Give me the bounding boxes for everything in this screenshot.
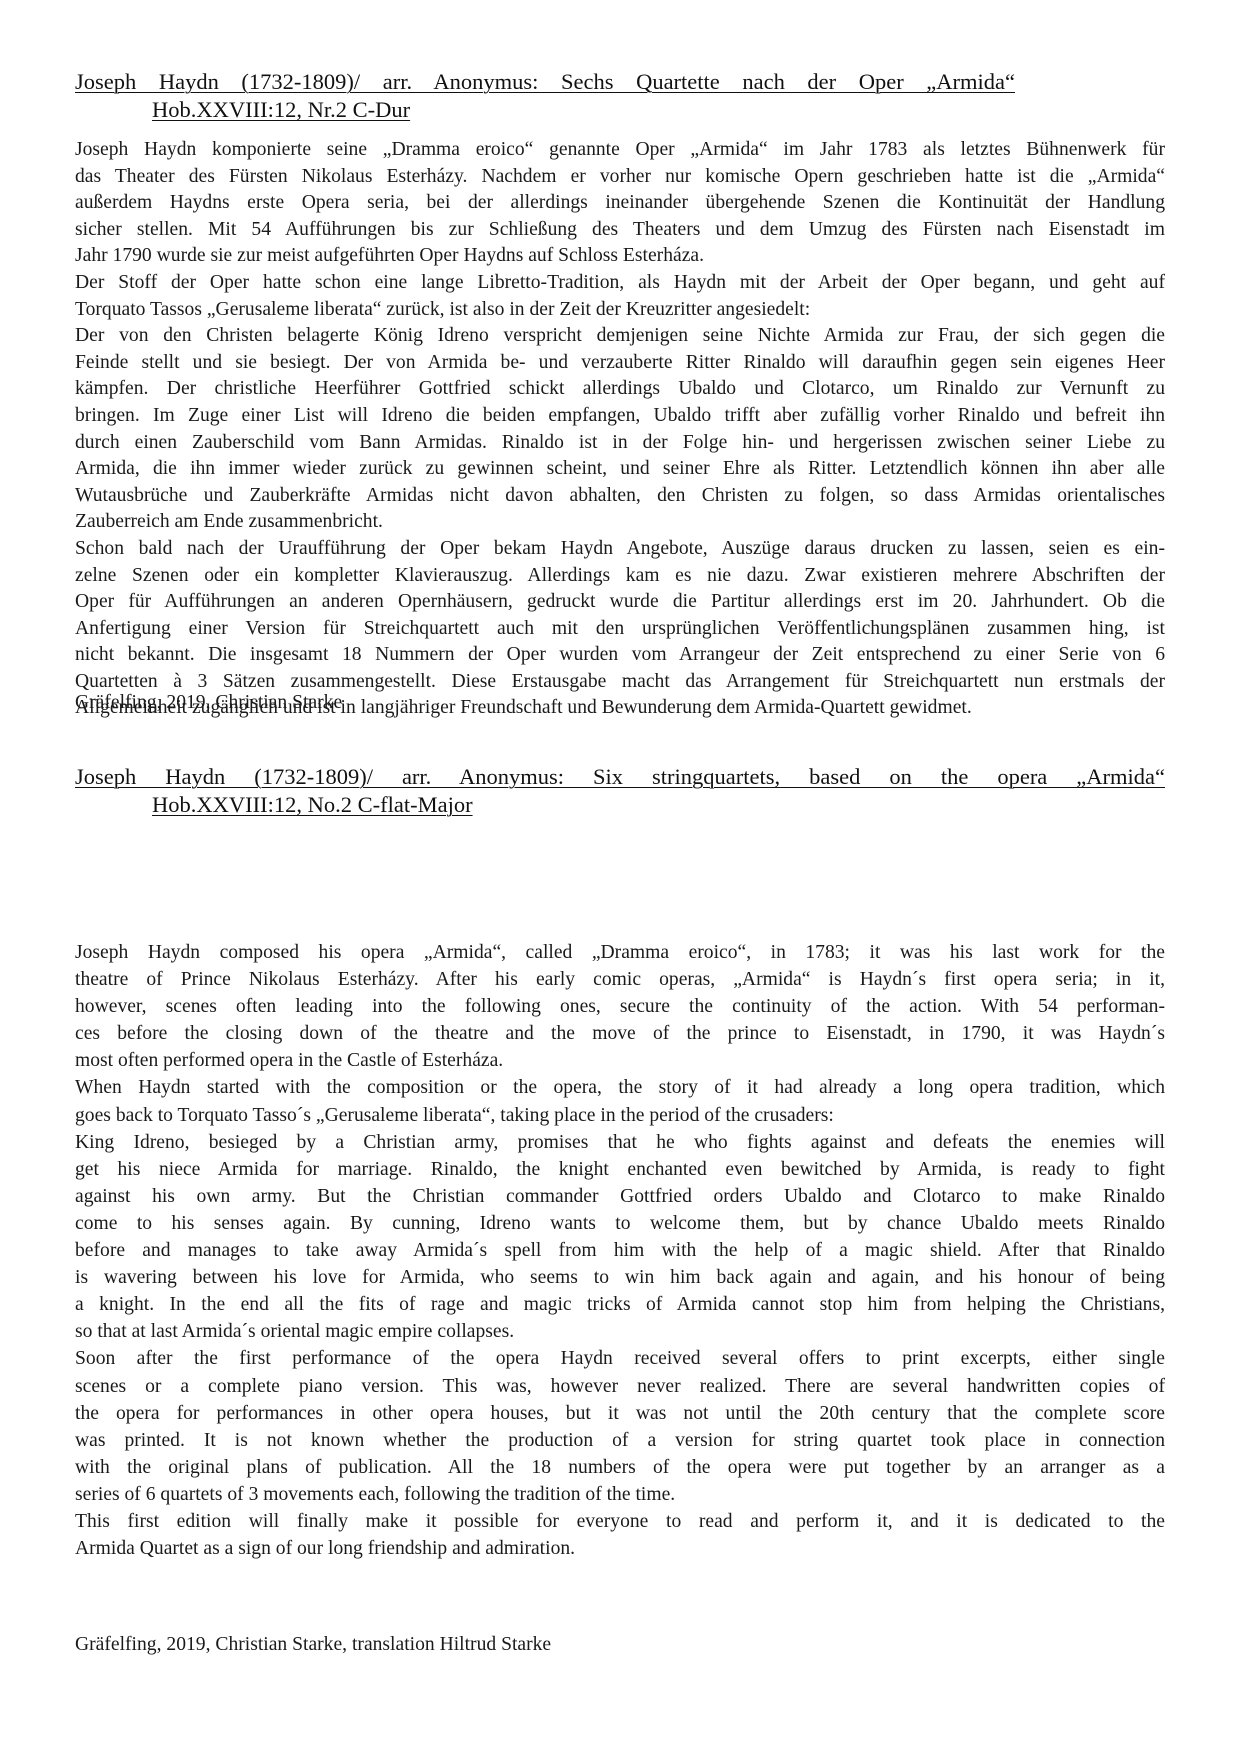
body-text-line: Armida, die ihn immer wieder zurück zu g… bbox=[75, 456, 1165, 483]
body-text-line: Joseph Haydn komponierte seine „Dramma e… bbox=[75, 137, 1165, 164]
body-text-line: Oper für Aufführungen an anderen Opernhä… bbox=[75, 589, 1165, 616]
body-text-line: Der von den Christen belagerte König Idr… bbox=[75, 323, 1165, 350]
body-text-line: get his niece Armida for marriage. Rinal… bbox=[75, 1156, 1165, 1183]
body-text-line: bringen. Im Zuge einer List will Idreno … bbox=[75, 403, 1165, 430]
body-text-line: When Haydn started with the composition … bbox=[75, 1074, 1165, 1101]
english-body: Joseph Haydn composed his opera „Armida“… bbox=[75, 939, 1165, 1562]
body-text-line: das Theater des Fürsten Nikolaus Esterhá… bbox=[75, 164, 1165, 191]
german-body: Joseph Haydn komponierte seine „Dramma e… bbox=[75, 137, 1165, 722]
body-text-line: a knight. In the end all the fits of rag… bbox=[75, 1291, 1165, 1318]
body-text-line: Torquato Tassos „Gerusaleme liberata“ zu… bbox=[75, 297, 1165, 324]
body-text-line: theatre of Prince Nikolaus Esterházy. Af… bbox=[75, 966, 1165, 993]
body-text-line: Soon after the first performance of the … bbox=[75, 1345, 1165, 1372]
german-heading: Joseph Haydn (1732-1809)/ arr. Anonymus:… bbox=[75, 68, 1165, 124]
body-text-line: Feinde stellt und sie besiegt. Der von A… bbox=[75, 350, 1165, 377]
body-text-line: ces before the closing down of the theat… bbox=[75, 1020, 1165, 1047]
body-text-line: scenes or a complete piano version. This… bbox=[75, 1373, 1165, 1400]
body-text-line: Armida Quartet as a sign of our long fri… bbox=[75, 1535, 1165, 1562]
body-text-line: come to his senses again. By cunning, Id… bbox=[75, 1210, 1165, 1237]
body-text-line: against his own army. But the Christian … bbox=[75, 1183, 1165, 1210]
body-text-line: durch einen Zauberschild vom Bann Armida… bbox=[75, 430, 1165, 457]
body-text-line: the opera for performances in other oper… bbox=[75, 1400, 1165, 1427]
body-text-line: was printed. It is not known whether the… bbox=[75, 1427, 1165, 1454]
body-text-line: goes back to Torquato Tasso´s „Gerusalem… bbox=[75, 1102, 1165, 1129]
body-text-line: series of 6 quartets of 3 movements each… bbox=[75, 1481, 1165, 1508]
german-heading-line-2: Hob.XXVIII:12, Nr.2 C-Dur bbox=[75, 96, 1165, 124]
body-text-line: kämpfen. Der christliche Heerführer Gott… bbox=[75, 376, 1165, 403]
body-text-line: Joseph Haydn composed his opera „Armida“… bbox=[75, 939, 1165, 966]
english-heading-line-2: Hob.XXVIII:12, No.2 C-flat-Major bbox=[75, 791, 1165, 819]
body-text-line: Zauberreich am Ende zusammenbricht. bbox=[75, 509, 1165, 536]
document-page: Joseph Haydn (1732-1809)/ arr. Anonymus:… bbox=[0, 0, 1240, 1754]
body-text-line: Der Stoff der Oper hatte schon eine lang… bbox=[75, 270, 1165, 297]
body-text-line: außerdem Haydns erste Opera seria, bei d… bbox=[75, 190, 1165, 217]
body-text-line: Anfertigung einer Version für Streichqua… bbox=[75, 616, 1165, 643]
body-text-line: Wutausbrüche und Zauberkräfte Armidas ni… bbox=[75, 483, 1165, 510]
body-text-line: is wavering between his love for Armida,… bbox=[75, 1264, 1165, 1291]
body-text-line: zelne Szenen oder ein kompletter Klavier… bbox=[75, 563, 1165, 590]
body-text-line: King Idreno, besieged by a Christian arm… bbox=[75, 1129, 1165, 1156]
body-text-line: most often performed opera in the Castle… bbox=[75, 1047, 1165, 1074]
body-text-line: nicht bekannt. Die insgesamt 18 Nummern … bbox=[75, 642, 1165, 669]
body-text-line: Jahr 1790 wurde sie zur meist aufgeführt… bbox=[75, 243, 1165, 270]
german-signature: Gräfelfing, 2019, Christian Starke bbox=[75, 690, 342, 716]
body-text-line: however, scenes often leading into the f… bbox=[75, 993, 1165, 1020]
english-signature: Gräfelfing, 2019, Christian Starke, tran… bbox=[75, 1632, 551, 1658]
body-text-line: Schon bald nach der Uraufführung der Ope… bbox=[75, 536, 1165, 563]
body-text-line: before and manages to take away Armida´s… bbox=[75, 1237, 1165, 1264]
body-text-line: so that at last Armida´s oriental magic … bbox=[75, 1318, 1165, 1345]
english-heading: Joseph Haydn (1732-1809)/ arr. Anonymus:… bbox=[75, 763, 1165, 819]
body-text-line: with the original plans of publication. … bbox=[75, 1454, 1165, 1481]
body-text-line: sicher stellen. Mit 54 Aufführungen bis … bbox=[75, 217, 1165, 244]
german-heading-line-1: Joseph Haydn (1732-1809)/ arr. Anonymus:… bbox=[75, 68, 1165, 96]
body-text-line: This first edition will finally make it … bbox=[75, 1508, 1165, 1535]
english-heading-line-1: Joseph Haydn (1732-1809)/ arr. Anonymus:… bbox=[75, 763, 1165, 791]
